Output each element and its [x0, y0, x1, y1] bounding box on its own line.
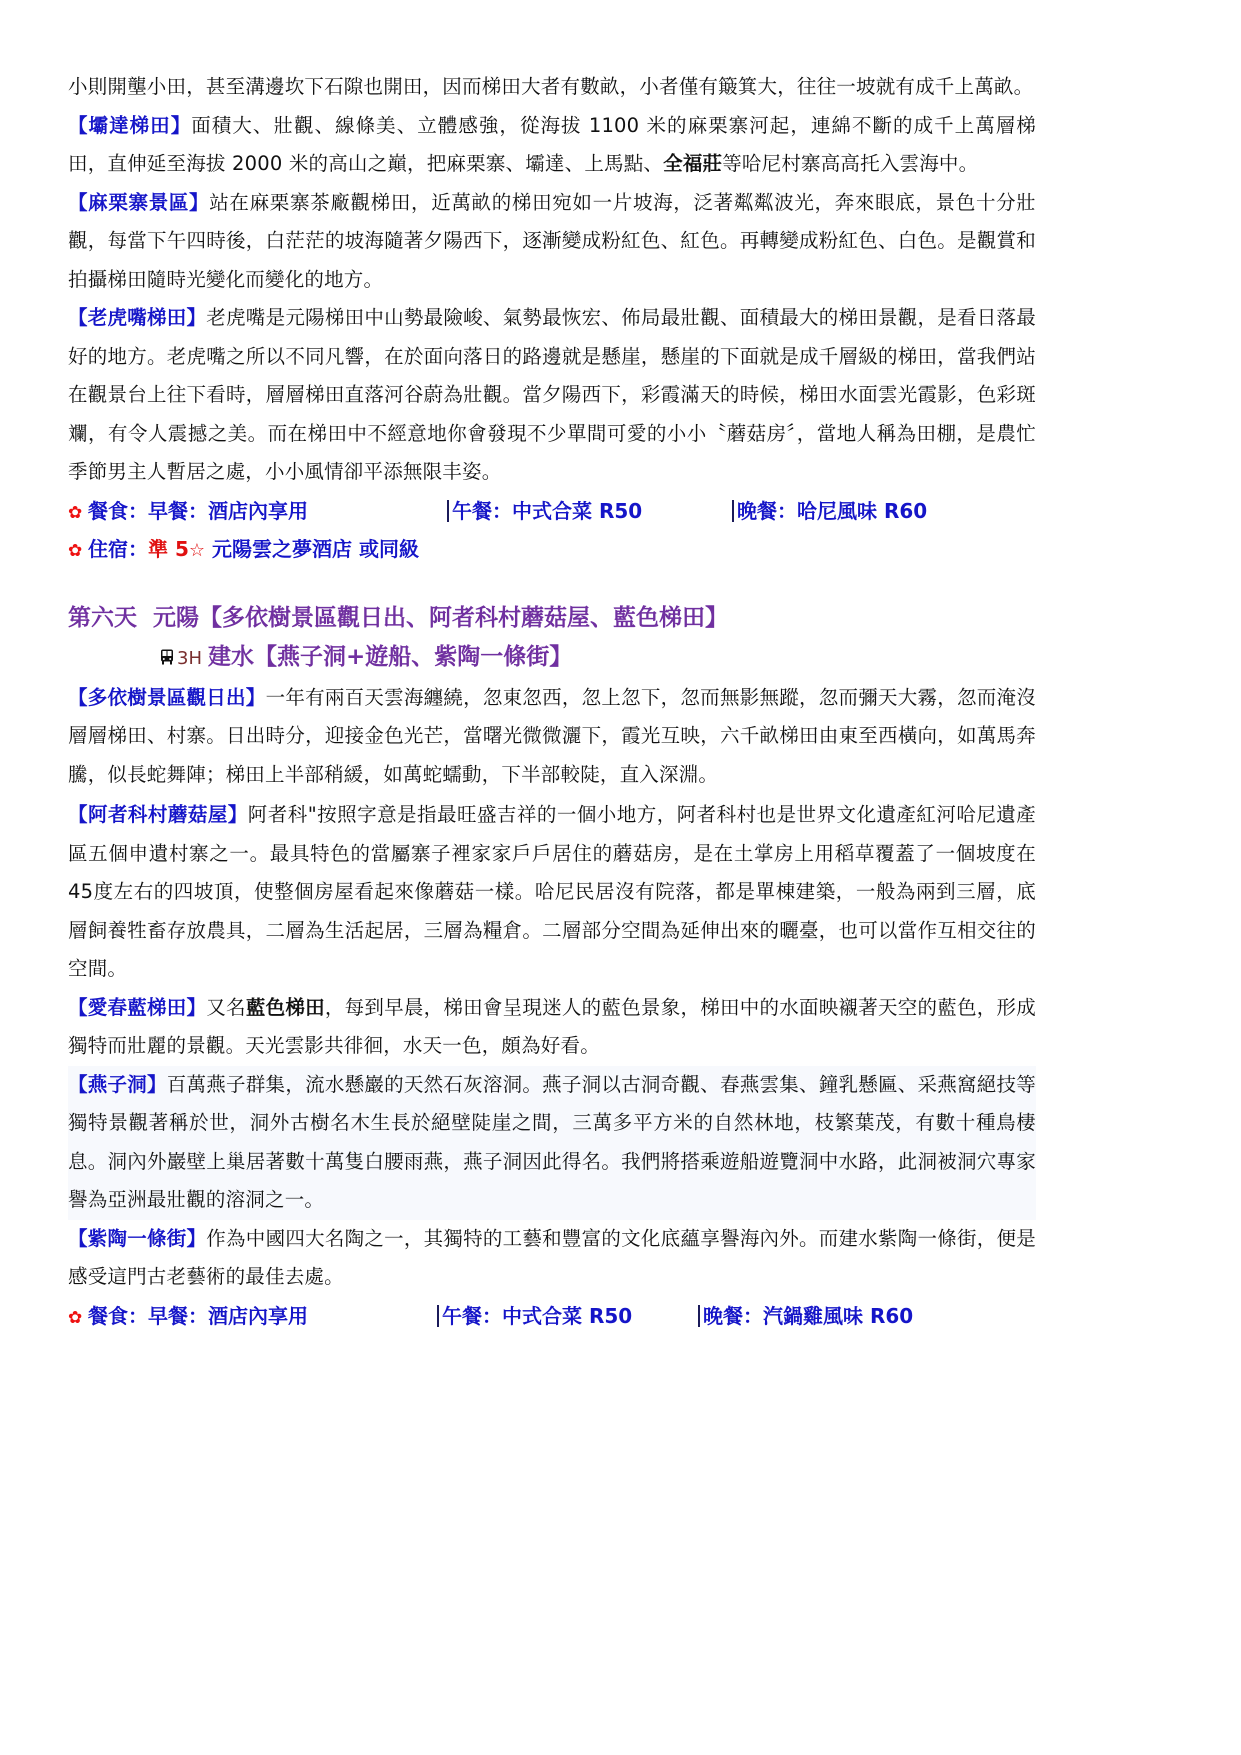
spacer: [68, 569, 1036, 599]
section-label: 【麻栗寨景區】: [68, 191, 209, 214]
breakfast-text: 早餐：酒店內享用: [148, 1304, 308, 1328]
day6-title: 第六天 元陽【多依樹景區觀日出、阿者科村蘑菇屋、藍色梯田】: [68, 605, 728, 631]
section-label: 【壩達梯田】: [68, 114, 191, 137]
section-label: 【阿者科村蘑菇屋】: [68, 803, 248, 826]
dinner-text: 晚餐：汽鍋雞風味 R60: [703, 1304, 913, 1328]
travel-duration: 3H: [177, 648, 202, 669]
hotel-grade: 準 5: [148, 537, 189, 561]
meal-dinner: 晚餐：汽鍋雞風味 R60: [698, 1297, 913, 1336]
stay-prefix: 住宿：: [88, 537, 148, 561]
meal-prefix: 餐食：: [88, 1304, 148, 1328]
star-icon: ☆: [189, 540, 205, 561]
flower-icon: ✿: [68, 494, 88, 533]
section-label: 【紫陶一條街】: [68, 1227, 206, 1250]
flower-icon: ✿: [68, 1299, 88, 1338]
section-text: 阿者科"按照字意是指最旺盛吉祥的一個小地方，阿者科村也是世界文化遺產紅河哈尼遺產…: [68, 803, 1036, 980]
section-text: 老虎嘴是元陽梯田中山勢最險峻、氣勢最恢宏、佈局最壯觀、面積最大的梯田景觀，是看日…: [68, 306, 1036, 483]
flower-icon: ✿: [68, 532, 88, 571]
lunch-text: 午餐：中式合菜 R50: [442, 1304, 632, 1328]
intro-paragraph: 小則開壟小田，甚至溝邊坎下石隙也開田，因而梯田大者有數畝，小者僅有簸箕大，往往一…: [68, 68, 1036, 107]
separator: [732, 500, 734, 522]
breakfast-text: 早餐：酒店內享用: [148, 499, 308, 523]
section-text: 作為中國四大名陶之一，其獨特的工藝和豐富的文化底蘊享譽海內外。而建水紫陶一條街，…: [68, 1227, 1036, 1289]
hotel-name: 元陽雲之夢酒店 或同級: [212, 537, 419, 561]
day6-subheading: 3H建水【燕子洞+遊船、紫陶一條街】: [68, 637, 1036, 679]
separator: [447, 500, 449, 522]
lunch-text: 午餐：中式合菜 R50: [452, 499, 642, 523]
meal-dinner: 晚餐：哈尼風味 R60: [732, 492, 927, 531]
section-laohuzui-terraces: 【老虎嘴梯田】老虎嘴是元陽梯田中山勢最險峻、氣勢最恢宏、佈局最壯觀、面積最大的梯…: [68, 299, 1036, 492]
day6-heading: 第六天 元陽【多依樹景區觀日出、阿者科村蘑菇屋、藍色梯田】: [68, 599, 1036, 637]
section-text: 百萬燕子群集，流水懸巖的天然石灰溶洞。燕子洞以古洞奇觀、春燕雲集、鐘乳懸匾、采燕…: [68, 1073, 1036, 1212]
section-malizhai-area: 【麻栗寨景區】站在麻栗寨茶廠觀梯田，近萬畝的梯田宛如一片坡海，泛著粼粼波光，奔來…: [68, 184, 1036, 300]
section-purple-pottery-street: 【紫陶一條街】作為中國四大名陶之一，其獨特的工藝和豐富的文化底蘊享譽海內外。而建…: [68, 1220, 1036, 1297]
separator: [437, 1305, 439, 1327]
meal-breakfast: ✿餐食：早餐：酒店內享用: [68, 1297, 308, 1338]
section-swallow-cave: 【燕子洞】百萬燕子群集，流水懸巖的天然石灰溶洞。燕子洞以古洞奇觀、春燕雲集、鐘乳…: [68, 1066, 1036, 1220]
bus-icon: [160, 649, 174, 665]
section-text: 站在麻栗寨茶廠觀梯田，近萬畝的梯田宛如一片坡海，泛著粼粼波光，奔來眼底，景色十分…: [68, 191, 1036, 291]
dinner-text: 晚餐：哈尼風味 R60: [737, 499, 927, 523]
meal-prefix: 餐食：: [88, 499, 148, 523]
meal-lunch: 午餐：中式合菜 R50: [437, 1297, 632, 1336]
section-text: 又名: [206, 996, 246, 1019]
separator: [698, 1305, 700, 1327]
accommodation-line-day5: ✿住宿：準 5☆ 元陽雲之夢酒店 或同級: [68, 530, 1036, 569]
section-label: 【愛春藍梯田】: [68, 996, 206, 1019]
section-duoyishu-sunrise: 【多依樹景區觀日出】一年有兩百天雲海纏繞，忽東忽西，忽上忽下，忽而無影無蹤，忽而…: [68, 679, 1036, 795]
section-bada-terraces: 【壩達梯田】面積大、壯觀、線條美、立體感強，從海拔 1100 米的麻栗寨河起，連…: [68, 107, 1036, 184]
section-bold-text: 全福莊: [663, 152, 722, 175]
section-bold-text: 藍色梯田: [246, 996, 325, 1019]
section-label: 【老虎嘴梯田】: [68, 306, 206, 329]
meal-breakfast: ✿餐食：早餐：酒店內享用: [68, 492, 308, 533]
meals-line-day5: ✿餐食：早餐：酒店內享用 午餐：中式合菜 R50 晚餐：哈尼風味 R60: [68, 492, 1036, 531]
section-label: 【燕子洞】: [68, 1073, 167, 1096]
section-azheke-village: 【阿者科村蘑菇屋】阿者科"按照字意是指最旺盛吉祥的一個小地方，阿者科村也是世界文…: [68, 796, 1036, 989]
section-aichun-blue-terraces: 【愛春藍梯田】又名藍色梯田，每到早晨，梯田會呈現迷人的藍色景象，梯田中的水面映襯…: [68, 989, 1036, 1066]
section-text: 等哈尼村寨高高托入雲海中。: [722, 152, 978, 175]
intro-text: 小則開壟小田，甚至溝邊坎下石隙也開田，因而梯田大者有數畝，小者僅有簸箕大，往往一…: [68, 75, 1033, 98]
subheading-text: 建水【燕子洞+遊船、紫陶一條街】: [208, 644, 572, 670]
itinerary-page: 小則開壟小田，甚至溝邊坎下石隙也開田，因而梯田大者有數畝，小者僅有簸箕大，往往一…: [68, 68, 1036, 1335]
meals-line-day6: ✿餐食：早餐：酒店內享用 午餐：中式合菜 R50 晚餐：汽鍋雞風味 R60: [68, 1297, 1036, 1336]
section-label: 【多依樹景區觀日出】: [68, 686, 266, 709]
meal-lunch: 午餐：中式合菜 R50: [447, 492, 642, 531]
